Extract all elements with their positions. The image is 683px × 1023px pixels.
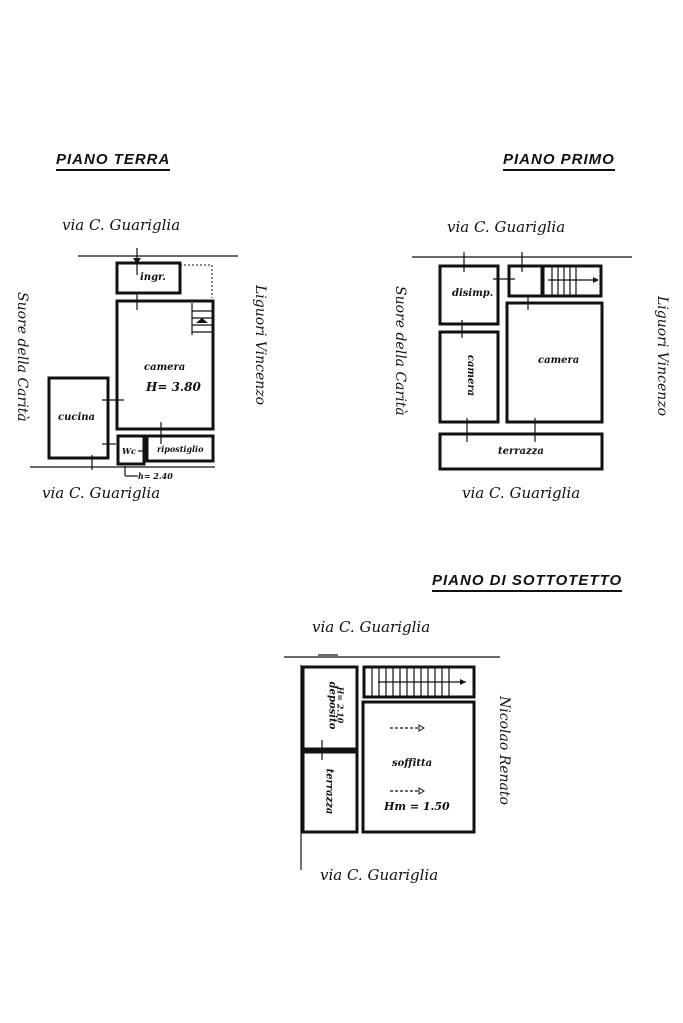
room-ingresso: ingr.: [140, 272, 166, 283]
attic-side-right: Nicolao Renato: [496, 696, 512, 805]
room-ripostiglio: ripostiglio: [157, 444, 203, 454]
room-terrazza: terrazza: [498, 446, 544, 457]
room-camera-left: camera: [465, 355, 476, 396]
ground-side-right: Liguori Vincenzo: [252, 285, 268, 405]
room-camera: camera: [144, 362, 185, 373]
room-camera-height: H= 3.80: [146, 380, 201, 394]
room-disimpegno: disimp.: [452, 288, 493, 299]
first-street-bottom: via C. Guariglia: [462, 484, 580, 502]
first-side-right: Liguori Vincenzo: [654, 296, 670, 416]
room-wc: Wc: [122, 446, 136, 456]
ground-street-bottom: via C. Guariglia: [42, 484, 160, 502]
first-floor-plan: [412, 252, 632, 469]
room-cucina: cucina: [58, 412, 95, 423]
ground-lower-height: h= 2.40: [138, 471, 173, 481]
ground-street-top: via C. Guariglia: [62, 216, 180, 234]
first-side-left: Suore della Carità: [392, 286, 408, 416]
ground-side-left: Suore della Carità: [14, 292, 30, 422]
room-soffitta: soffitta: [392, 758, 432, 769]
first-street-top: via C. Guariglia: [447, 218, 565, 236]
attic-street-top: via C. Guariglia: [312, 618, 430, 636]
room-deposito-height: H= 2.10: [335, 687, 345, 724]
room-attic-terrazza: terrazza: [323, 769, 334, 815]
ground-floor-plan: [30, 248, 238, 476]
attic-street-bottom: via C. Guariglia: [320, 866, 438, 884]
room-soffitta-height: Hm = 1.50: [384, 800, 450, 813]
room-camera-right: camera: [538, 355, 579, 366]
